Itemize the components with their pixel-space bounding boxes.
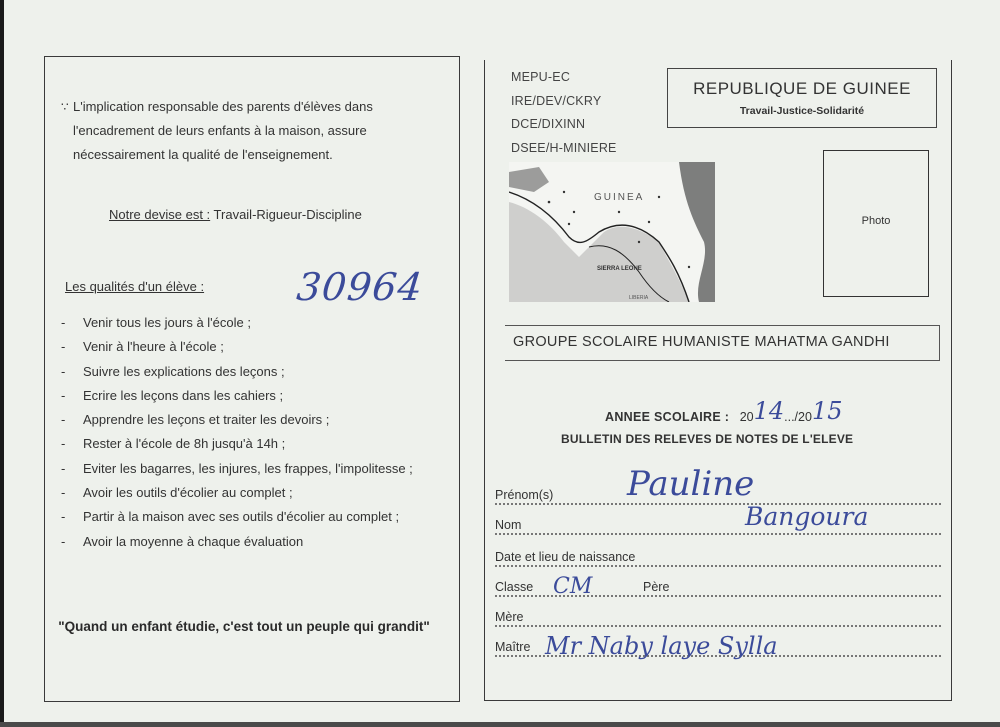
school-year-label: ANNEE SCOLAIRE :	[605, 410, 729, 424]
republic-title: REPUBLIQUE DE GUINEE	[668, 79, 936, 99]
handwritten-number: 30964	[295, 265, 426, 309]
admin-line: DCE/DIXINN	[511, 113, 617, 137]
field-mere: Mère	[495, 610, 941, 630]
map-label: LIBERIA	[629, 295, 649, 301]
quality-text: Partir à la maison avec ses outils d'éco…	[83, 509, 399, 524]
field-nom: Nom Bangoura	[495, 518, 941, 538]
dash-icon: -	[61, 408, 83, 432]
quality-text: Venir tous les jours à l'école ;	[83, 315, 251, 330]
field-label: Date et lieu de naissance	[495, 550, 637, 564]
field-maitre: Maître Mr Naby laye Sylla	[495, 640, 941, 660]
admin-header: MEPU-EC IRE/DEV/CKRY DCE/DIXINN DSEE/H-M…	[511, 66, 617, 160]
right-page: MEPU-EC IRE/DEV/CKRY DCE/DIXINN DSEE/H-M…	[484, 60, 952, 701]
scan-edge	[0, 0, 4, 727]
republic-motto: Travail-Justice-Solidarité	[668, 105, 936, 117]
map-label: SIERRA LEONE	[597, 266, 642, 272]
field-label: Prénom(s)	[495, 488, 555, 502]
quality-item: -Venir à l'heure à l'école ;	[61, 335, 413, 359]
bullet-icon: ∵	[61, 95, 69, 119]
field-value-handwritten: Pauline	[627, 464, 754, 504]
dash-icon: -	[61, 481, 83, 505]
quality-item: -Avoir les outils d'écolier au complet ;	[61, 481, 413, 505]
quality-item: -Venir tous les jours à l'école ;	[61, 311, 413, 335]
field-label: Classe	[495, 580, 535, 594]
quality-text: Apprendre les leçons et traiter les devo…	[83, 412, 329, 427]
motto-label: Notre devise est :	[109, 207, 210, 222]
admin-line: MEPU-EC	[511, 66, 617, 90]
quality-item: -Rester à l'école de 8h jusqu'à 14h ;	[61, 432, 413, 456]
field-classe-pere: Classe CM Père	[495, 580, 941, 600]
intro-text: L'implication responsable des parents d'…	[73, 99, 373, 162]
year-start-handwritten: 14	[754, 397, 785, 425]
quality-text: Avoir la moyenne à chaque évaluation	[83, 534, 303, 549]
photo-label: Photo	[824, 215, 928, 227]
quality-item: -Avoir la moyenne à chaque évaluation	[61, 530, 413, 554]
field-value-handwritten: Mr Naby laye Sylla	[545, 632, 778, 660]
bulletin-title: BULLETIN DES RELEVES DE NOTES DE L'ELEVE	[561, 432, 853, 446]
quality-item: -Apprendre les leçons et traiter les dev…	[61, 408, 413, 432]
field-label: Mère	[495, 610, 525, 624]
dash-icon: -	[61, 311, 83, 335]
qualities-list: -Venir tous les jours à l'école ;-Venir …	[61, 311, 413, 554]
left-page: ∵ L'implication responsable des parents …	[44, 56, 460, 702]
field-value-handwritten: CM	[553, 574, 592, 599]
quality-text: Avoir les outils d'écolier au complet ;	[83, 485, 293, 500]
field-label: Père	[641, 580, 671, 594]
photo-placeholder: Photo	[823, 150, 929, 297]
quality-item: -Eviter les bagarres, les injures, les f…	[61, 457, 413, 481]
school-motto: Notre devise est : Travail-Rigueur-Disci…	[109, 207, 362, 222]
map-label: GUINEA	[594, 192, 644, 203]
school-name-box: GROUPE SCOLAIRE HUMANISTE MAHATMA GANDHI	[505, 325, 940, 361]
dash-icon: -	[61, 384, 83, 408]
republic-box: REPUBLIQUE DE GUINEE Travail-Justice-Sol…	[667, 68, 937, 128]
quality-text: Rester à l'école de 8h jusqu'à 14h ;	[83, 436, 285, 451]
dash-icon: -	[61, 505, 83, 529]
field-label: Maître	[495, 640, 532, 654]
year-prefix: 20	[740, 410, 754, 424]
quality-text: Suivre les explications des leçons ;	[83, 364, 285, 379]
quality-text: Ecrire les leçons dans les cahiers ;	[83, 388, 283, 403]
dash-icon: -	[61, 457, 83, 481]
scan-edge	[0, 722, 1000, 727]
quality-text: Venir à l'heure à l'école ;	[83, 339, 224, 354]
dash-icon: -	[61, 360, 83, 384]
admin-line: DSEE/H-MINIERE	[511, 137, 617, 161]
field-label: Nom	[495, 518, 523, 532]
quality-item: -Suivre les explications des leçons ;	[61, 360, 413, 384]
field-prenom: Prénom(s) Pauline	[495, 488, 941, 508]
quality-item: -Partir à la maison avec ses outils d'éc…	[61, 505, 413, 529]
guinea-map-image: GUINEA SIERRA LEONE LIBERIA	[509, 162, 715, 302]
motto-value: Travail-Rigueur-Discipline	[214, 207, 362, 222]
field-value-handwritten: Bangoura	[745, 502, 868, 531]
quote: "Quand un enfant étudie, c'est tout un p…	[37, 619, 451, 634]
qualities-title: Les qualités d'un élève :	[65, 279, 204, 294]
school-name: GROUPE SCOLAIRE HUMANISTE MAHATMA GANDHI	[513, 334, 890, 350]
quality-item: -Ecrire les leçons dans les cahiers ;	[61, 384, 413, 408]
intro-paragraph: ∵ L'implication responsable des parents …	[73, 95, 443, 167]
year-separator: .../20	[784, 410, 812, 424]
field-naissance: Date et lieu de naissance	[495, 550, 941, 570]
dash-icon: -	[61, 530, 83, 554]
year-end-handwritten: 15	[812, 397, 843, 425]
school-year: ANNEE SCOLAIRE : 2014.../2015	[605, 399, 842, 427]
dash-icon: -	[61, 335, 83, 359]
quality-text: Eviter les bagarres, les injures, les fr…	[83, 461, 413, 476]
dash-icon: -	[61, 432, 83, 456]
admin-line: IRE/DEV/CKRY	[511, 90, 617, 114]
